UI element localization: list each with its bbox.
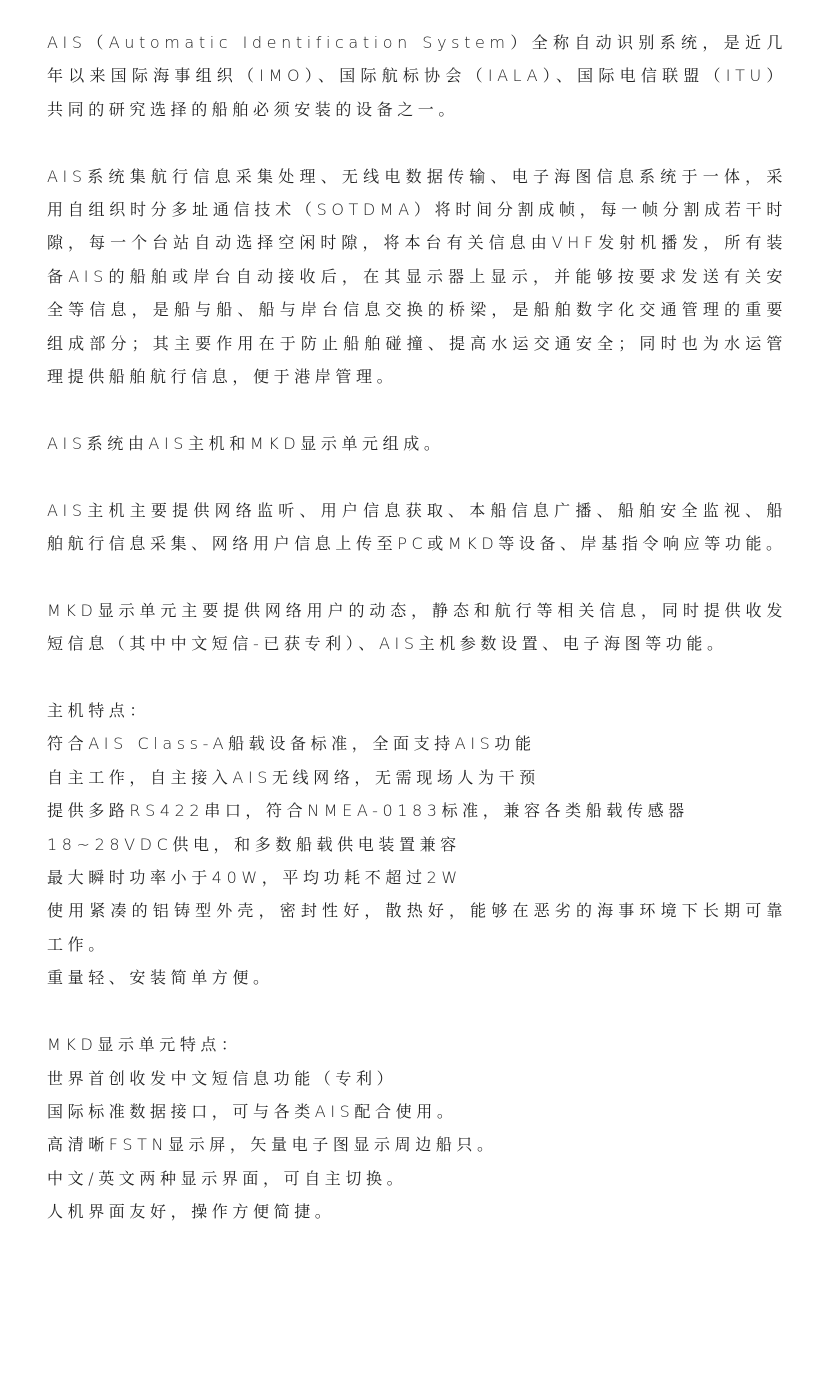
mkd-feature-item: 国际标准数据接口，可与各类AIS配合使用。: [47, 1095, 787, 1128]
host-feature-item: 提供多路RS422串口，符合NMEA-0183标准，兼容各类船载传感器: [47, 794, 787, 827]
host-features-title: 主机特点：: [47, 694, 787, 727]
mkd-feature-item: 中文/英文两种显示界面，可自主切换。: [47, 1162, 787, 1195]
host-feature-item: 使用紧凑的铝铸型外壳，密封性好，散热好，能够在恶劣的海事环境下长期可靠工作。: [47, 894, 787, 961]
paragraph-mkd-functions: MKD显示单元主要提供网络用户的动态，静态和航行等相关信息，同时提供收发短信息（…: [47, 594, 787, 661]
paragraph-ais-host-functions: AIS主机主要提供网络监听、用户信息获取、本船信息广播、船舶安全监视、船舶航行信…: [47, 494, 787, 561]
document-body: AIS（Automatic Identification System）全称自动…: [47, 26, 787, 1262]
host-feature-item: 符合AIS Class-A船载设备标准，全面支持AIS功能: [47, 727, 787, 760]
host-feature-item: 18~28VDC供电，和多数船载供电装置兼容: [47, 828, 787, 861]
mkd-features-title: MKD显示单元特点：: [47, 1028, 787, 1061]
host-feature-item: 最大瞬时功率小于40W，平均功耗不超过2W: [47, 861, 787, 894]
mkd-feature-item: 世界首创收发中文短信息功能（专利）: [47, 1062, 787, 1095]
paragraph-ais-definition: AIS（Automatic Identification System）全称自动…: [47, 26, 787, 126]
host-features-section: 主机特点： 符合AIS Class-A船载设备标准，全面支持AIS功能 自主工作…: [47, 694, 787, 995]
mkd-features-section: MKD显示单元特点： 世界首创收发中文短信息功能（专利） 国际标准数据接口，可与…: [47, 1028, 787, 1228]
paragraph-ais-composition: AIS系统由AIS主机和MKD显示单元组成。: [47, 427, 787, 460]
paragraph-ais-system-overview: AIS系统集航行信息采集处理、无线电数据传输、电子海图信息系统于一体，采用自组织…: [47, 160, 787, 394]
mkd-feature-item: 人机界面友好，操作方便简捷。: [47, 1195, 787, 1228]
host-feature-item: 自主工作，自主接入AIS无线网络，无需现场人为干预: [47, 761, 787, 794]
host-feature-item: 重量轻、安装简单方便。: [47, 961, 787, 994]
mkd-feature-item: 高清晰FSTN显示屏，矢量电子图显示周边船只。: [47, 1128, 787, 1161]
